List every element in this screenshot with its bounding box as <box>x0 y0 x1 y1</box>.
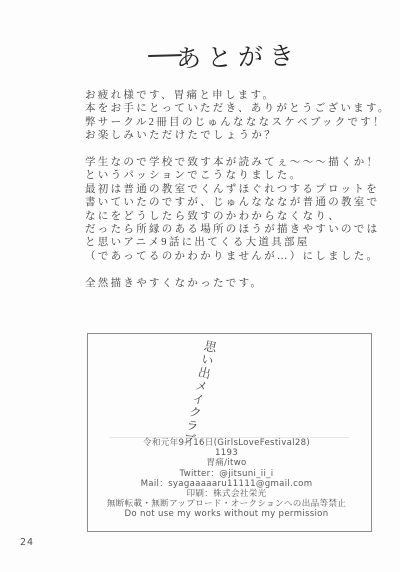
afterword-body: お疲れ様です、胃痛と申します。 本をお手にとっていただき、ありがとうございます。… <box>85 89 375 303</box>
credit-author-name: 胃痛/itwo <box>88 458 365 468</box>
body-line: （であってるのかわかりませんが…）にしました。 <box>85 250 375 263</box>
handwritten-book-title: 思い出メイクラブ <box>179 338 219 441</box>
page-title-text: あとがき <box>176 36 301 75</box>
body-line: 本をお手にとっていただき、ありがとうございます。 <box>85 102 375 115</box>
colophon-box: 思い出メイクラブ 令和元年9月16日(GirlsLoveFestival28) … <box>87 333 372 532</box>
credit-printer: 印刷：株式会社栄光 <box>88 489 365 499</box>
paragraph: 全然描きやすくなかったです。 <box>85 277 375 290</box>
body-line: 書いていたのですが、じゅんなななが普通の教室で <box>85 196 375 209</box>
credit-circle-number: 1193 <box>88 448 365 458</box>
body-line: 弊サークル2冊目のじゅんなななスケベブックです！ <box>85 116 375 129</box>
body-line: というパッションでこうなりました。 <box>85 169 375 182</box>
body-line: 最初は普通の教室でくんずほぐれつするプロットを <box>85 183 375 196</box>
page-number: 24 <box>20 537 34 548</box>
page-title: あとがき <box>148 36 301 76</box>
paragraph: お疲れ様です、胃痛と申します。 本をお手にとっていただき、ありがとうございます。… <box>85 89 375 143</box>
body-line: だったら所縁のある場所のほうが描きやすいのでは <box>85 223 375 236</box>
credit-mail-address: Mail：syagaaaaaru11111@gmail.com <box>88 479 365 489</box>
body-line: 学生なので学校で致す本が読みてぇ～～～描くか！ <box>85 156 375 169</box>
body-line: お楽しみいただけたでしょうか？ <box>85 129 375 142</box>
credit-notice-japanese: 無断転載・無断アップロード・オークションへの出品等禁止 <box>88 499 365 509</box>
afterword-page: あとがき お疲れ様です、胃痛と申します。 本をお手にとっていただき、ありがとうご… <box>0 0 400 572</box>
body-line: お疲れ様です、胃痛と申します。 <box>85 89 375 102</box>
body-line: なにをどうしたら致すのかわからなくなり、 <box>85 210 375 223</box>
body-line: と思いアニメ9話に出てくる大道具部屋 <box>85 236 375 249</box>
credit-event-date: 令和元年9月16日(GirlsLoveFestival28) <box>88 438 365 448</box>
credit-notice-english: Do not use my works without my permissio… <box>88 509 365 519</box>
paragraph: 学生なので学校で致す本が読みてぇ～～～描くか！ というパッションでこうなりました… <box>85 156 375 263</box>
body-line: 全然描きやすくなかったです。 <box>85 277 375 290</box>
credit-twitter-handle: Twitter：@jitsuni_ii_i <box>88 469 365 479</box>
colophon-credits: 令和元年9月16日(GirlsLoveFestival28) 1193 胃痛/i… <box>88 438 365 520</box>
